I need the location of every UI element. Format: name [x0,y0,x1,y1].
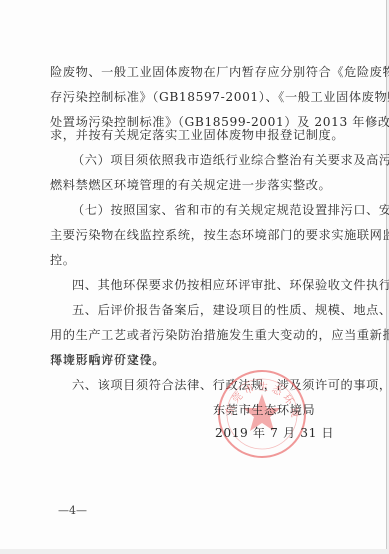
text-line: 得许可后方可建设。 [50,352,165,368]
document-page: 险废物、一般工业固体废物在厂内暂存应分别符合《危险废物贮 存污染控制标准》（GB… [0,0,387,549]
page-number: —4— [58,504,87,517]
text-line: 控。 [50,252,76,268]
text-line: 四、其他环保要求仍按相应环评审批、环保验收文件执行。 [72,277,389,293]
text-line: 用的生产工艺或者污染防治措施发生重大变动的，应当重新报批 [50,327,389,343]
text-line: 求，并按有关规定落实工业固体废物申报登记制度。 [50,127,344,143]
text-line: 主要污染物在线监控系统，按生态环境部门的要求实施联网监 [50,227,389,243]
text-line: （七）按照国家、省和市的有关规定规范设置排污口、安装 [72,202,389,218]
issue-date: 2019 年 7 月 31 日 [215,425,334,441]
text-line: 险废物、一般工业固体废物在厂内暂存应分别符合《危险废物贮 [50,64,389,80]
text-line: 存污染控制标准》（GB18597-2001）、《一般工业固体废物贮存、 [50,89,389,105]
text-line: 五、后评价报告备案后，建设项目的性质、规模、地点、采 [72,302,389,318]
issuer-name: 东莞市生态环境局 [213,402,315,418]
text-line: （六）项目须依照我市造纸行业综合整治有关要求及高污染 [72,152,389,168]
text-line: 燃料禁燃区环境管理的有关规定进一步落实整改。 [50,177,331,193]
